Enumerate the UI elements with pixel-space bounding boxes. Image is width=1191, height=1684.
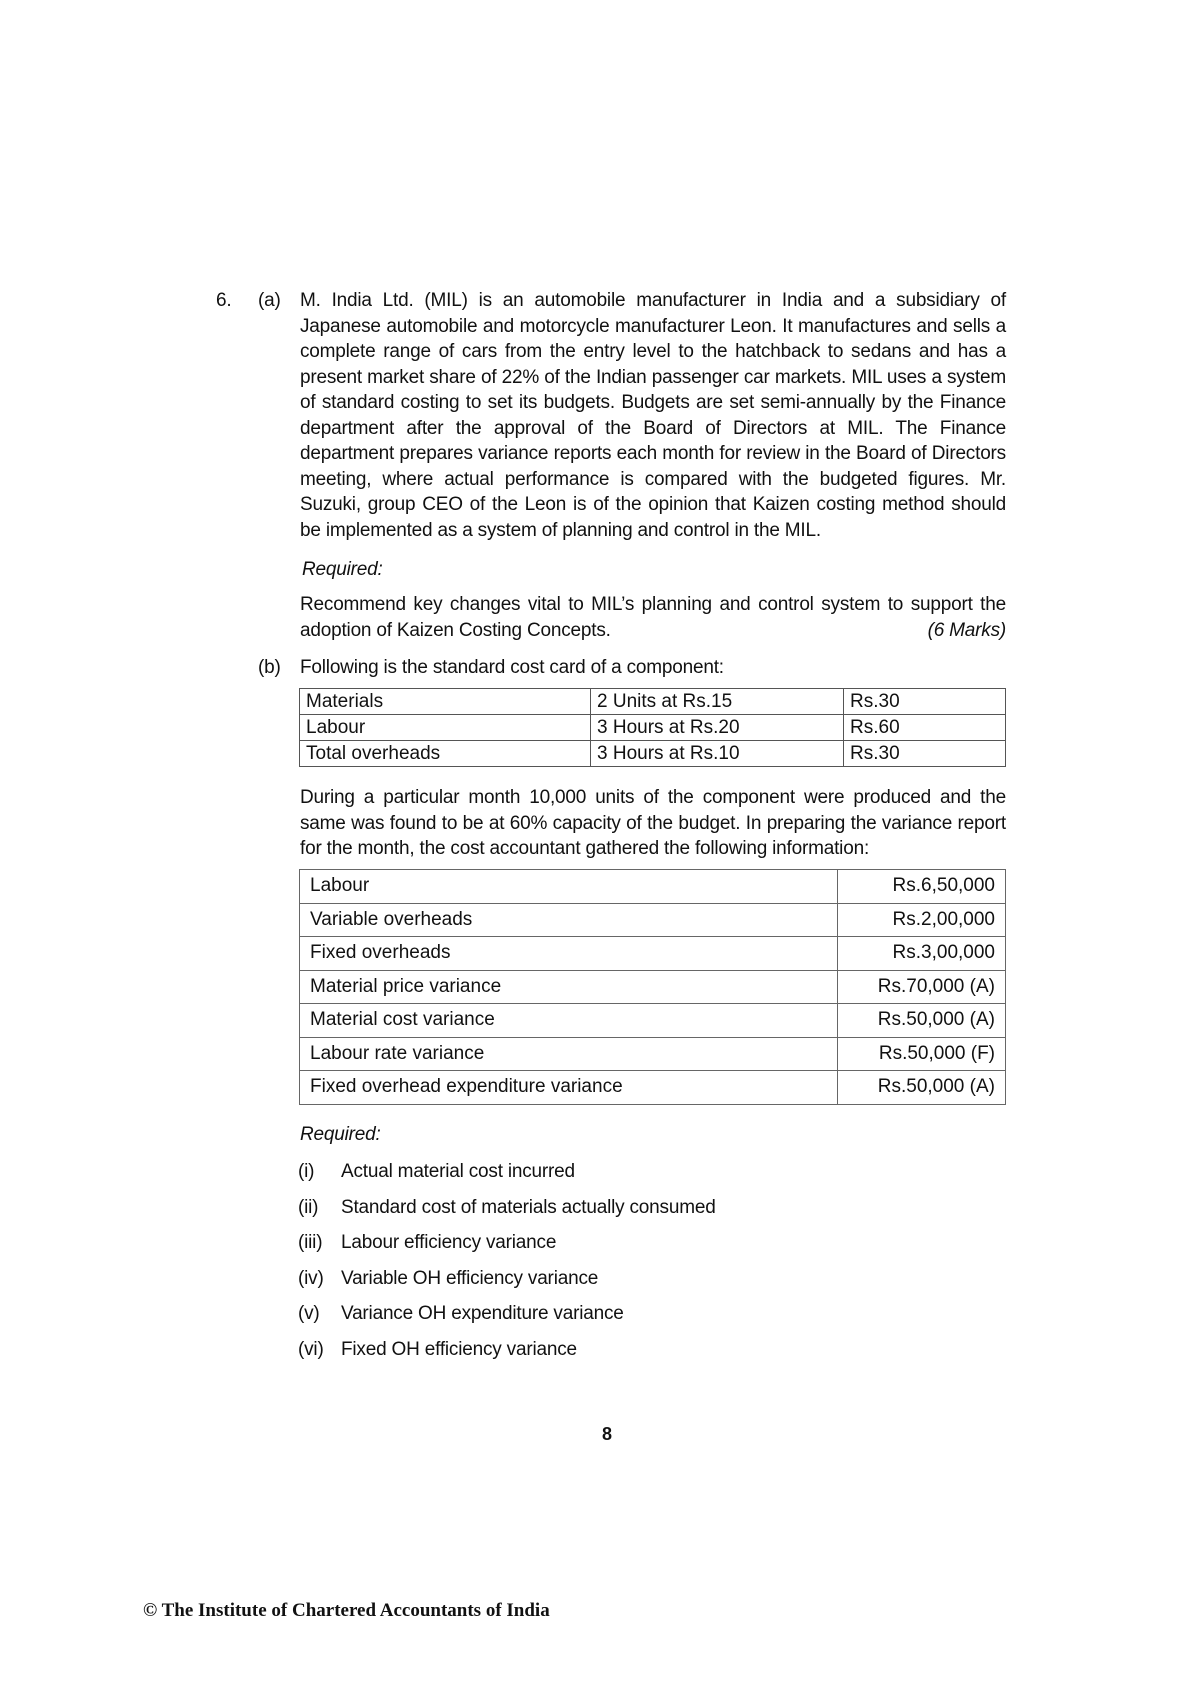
required-item: (iv)Variable OH efficiency variance	[298, 1266, 716, 1302]
marks-label: (6 Marks)	[928, 618, 1006, 644]
required-item: (iii)Labour efficiency variance	[298, 1230, 716, 1266]
info-amount: Rs.50,000 (A)	[838, 1004, 1006, 1038]
info-row: Labour rate varianceRs.50,000 (F)	[300, 1037, 1006, 1071]
info-amount: Rs.6,50,000	[838, 870, 1006, 904]
info-amount: Rs.50,000 (F)	[838, 1037, 1006, 1071]
required-item-text: Fixed OH efficiency variance	[341, 1337, 577, 1373]
info-amount: Rs.2,00,000	[838, 903, 1006, 937]
required-item-numeral: (iv)	[298, 1266, 341, 1302]
info-amount: Rs.3,00,000	[838, 937, 1006, 971]
cost-item: Materials	[300, 689, 591, 715]
page-number: 8	[602, 1424, 612, 1445]
info-row: Material cost varianceRs.50,000 (A)	[300, 1004, 1006, 1038]
footer-copyright: © The Institute of Chartered Accountants…	[143, 1600, 550, 1622]
part-a-required-body: Recommend key changes vital to MIL’s pla…	[300, 594, 1006, 641]
cost-basis: 2 Units at Rs.15	[591, 689, 844, 715]
required-item-text: Variance OH expenditure variance	[341, 1301, 624, 1337]
required-item-text: Actual material cost incurred	[341, 1159, 575, 1195]
required-item-numeral: (vi)	[298, 1337, 341, 1373]
info-row: Fixed overheadsRs.3,00,000	[300, 937, 1006, 971]
info-row: LabourRs.6,50,000	[300, 870, 1006, 904]
part-a-required-text: Recommend key changes vital to MIL’s pla…	[300, 592, 1006, 643]
document-page: 6. (a) M. India Ltd. (MIL) is an automob…	[0, 0, 1191, 1684]
cost-amount: Rs.30	[844, 689, 1006, 715]
info-item: Labour	[300, 870, 838, 904]
info-amount: Rs.70,000 (A)	[838, 970, 1006, 1004]
required-item-text: Labour efficiency variance	[341, 1230, 556, 1266]
info-item: Material cost variance	[300, 1004, 838, 1038]
part-b-required-label: Required:	[300, 1122, 381, 1148]
part-a-paragraph: M. India Ltd. (MIL) is an automobile man…	[300, 288, 1006, 543]
cost-item: Total overheads	[300, 741, 591, 767]
info-row: Material price varianceRs.70,000 (A)	[300, 970, 1006, 1004]
info-item: Fixed overheads	[300, 937, 838, 971]
required-item: (vi)Fixed OH efficiency variance	[298, 1337, 716, 1373]
cost-card-row: Total overheads3 Hours at Rs.10Rs.30	[300, 741, 1006, 767]
cost-card-row: Labour3 Hours at Rs.20Rs.60	[300, 715, 1006, 741]
variance-info-table: LabourRs.6,50,000Variable overheadsRs.2,…	[299, 869, 1006, 1105]
part-b-intro: Following is the standard cost card of a…	[300, 655, 724, 681]
cost-basis: 3 Hours at Rs.10	[591, 741, 844, 767]
info-amount: Rs.50,000 (A)	[838, 1071, 1006, 1105]
info-item: Variable overheads	[300, 903, 838, 937]
cost-card-row: Materials2 Units at Rs.15Rs.30	[300, 689, 1006, 715]
required-item: (i)Actual material cost incurred	[298, 1159, 716, 1195]
info-row: Variable overheadsRs.2,00,000	[300, 903, 1006, 937]
info-row: Fixed overhead expenditure varianceRs.50…	[300, 1071, 1006, 1105]
info-item: Fixed overhead expenditure variance	[300, 1071, 838, 1105]
part-a-label: (a)	[258, 288, 281, 314]
cost-basis: 3 Hours at Rs.20	[591, 715, 844, 741]
cost-item: Labour	[300, 715, 591, 741]
info-item: Material price variance	[300, 970, 838, 1004]
required-item: (ii)Standard cost of materials actually …	[298, 1195, 716, 1231]
required-item-text: Variable OH efficiency variance	[341, 1266, 598, 1302]
part-b-paragraph: During a particular month 10,000 units o…	[300, 785, 1006, 862]
question-number: 6.	[216, 288, 231, 314]
cost-amount: Rs.60	[844, 715, 1006, 741]
required-item-numeral: (v)	[298, 1301, 341, 1337]
info-item: Labour rate variance	[300, 1037, 838, 1071]
required-items-list: (i)Actual material cost incurred(ii)Stan…	[298, 1159, 716, 1372]
required-item: (v)Variance OH expenditure variance	[298, 1301, 716, 1337]
cost-amount: Rs.30	[844, 741, 1006, 767]
required-item-numeral: (i)	[298, 1159, 341, 1195]
required-item-numeral: (iii)	[298, 1230, 341, 1266]
part-a-required-label: Required:	[302, 557, 383, 583]
part-b-label: (b)	[258, 655, 281, 681]
required-item-text: Standard cost of materials actually cons…	[341, 1195, 716, 1231]
standard-cost-card-table: Materials2 Units at Rs.15Rs.30Labour3 Ho…	[299, 688, 1006, 767]
required-item-numeral: (ii)	[298, 1195, 341, 1231]
